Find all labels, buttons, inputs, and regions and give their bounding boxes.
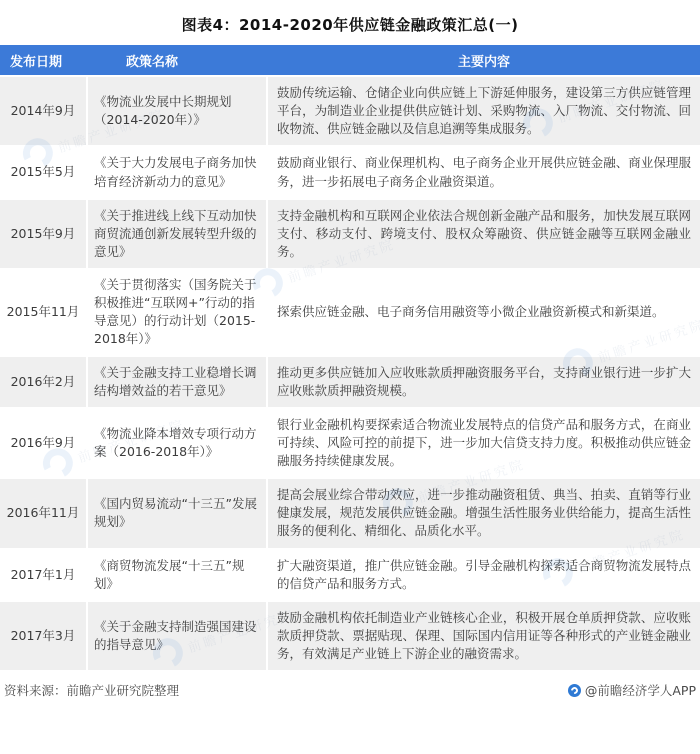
cell-policy-name: 《国内贸易流动“十三五”发展规划》 <box>88 479 268 549</box>
cell-main-content: 鼓励传统运输、仓储企业向供应链上下游延伸服务，建设第三方供应链管理平台，为制造业… <box>268 77 700 147</box>
cell-policy-name: 《商贸物流发展“十三五”规划》 <box>88 550 268 602</box>
credit-text: @前瞻经济学人APP <box>585 681 696 699</box>
header-row: 发布日期 政策名称 主要内容 <box>0 45 700 77</box>
table-row: 2015年11月《关于贯彻落实（国务院关于积极推进“互联网+”行动的指导意见）的… <box>0 270 700 357</box>
header-main-content: 主要内容 <box>268 45 700 77</box>
cell-publish-date: 2016年11月 <box>0 479 88 549</box>
cell-main-content: 鼓励商业银行、商业保理机构、电子商务企业开展供应链金融、商业保理服务，进一步拓展… <box>268 147 700 199</box>
table-row: 2016年2月《关于金融支持工业稳增长调结构增效益的若干意见》推动更多供应链加入… <box>0 357 700 409</box>
footer: 资料来源：前瞻产业研究院整理 @前瞻经济学人APP <box>0 672 700 699</box>
table-row: 2015年9月《关于推进线上线下互动加快商贸流通创新发展转型升级的意见》支持金融… <box>0 200 700 270</box>
table-row: 2014年9月《物流业发展中长期规划（2014-2020年）》鼓励传统运输、仓储… <box>0 77 700 147</box>
cell-publish-date: 2015年11月 <box>0 270 88 357</box>
cell-policy-name: 《物流业降本增效专项行动方案（2016-2018年）》 <box>88 409 268 479</box>
cell-policy-name: 《关于大力发展电子商务加快培育经济新动力的意见》 <box>88 147 268 199</box>
cell-main-content: 银行业金融机构要探索适合物流业发展特点的信贷产品和服务方式，在商业可持续、风险可… <box>268 409 700 479</box>
qianzhan-logo-icon <box>568 684 581 697</box>
cell-main-content: 推动更多供应链加入应收账款质押融资服务平台，支持商业银行进一步扩大应收账款质押融… <box>268 357 700 409</box>
cell-publish-date: 2015年5月 <box>0 147 88 199</box>
cell-main-content: 鼓励金融机构依托制造业产业链核心企业，积极开展仓单质押贷款、应收账款质押贷款、票… <box>268 602 700 672</box>
cell-publish-date: 2016年2月 <box>0 357 88 409</box>
cell-main-content: 提高会展业综合带动效应，进一步推动融资租赁、典当、拍卖、直销等行业健康发展，规范… <box>268 479 700 549</box>
cell-main-content: 探索供应链金融、电子商务信用融资等小微企业融资新模式和新渠道。 <box>268 270 700 357</box>
cell-policy-name: 《关于金融支持制造强国建设的指导意见》 <box>88 602 268 672</box>
header-policy-name: 政策名称 <box>88 45 268 77</box>
cell-main-content: 扩大融资渠道，推广供应链金融。引导金融机构探索适合商贸物流发展特点的信贷产品和服… <box>268 550 700 602</box>
cell-policy-name: 《关于金融支持工业稳增长调结构增效益的若干意见》 <box>88 357 268 409</box>
cell-publish-date: 2017年3月 <box>0 602 88 672</box>
table-row: 2015年5月《关于大力发展电子商务加快培育经济新动力的意见》鼓励商业银行、商业… <box>0 147 700 199</box>
table-row: 2017年3月《关于金融支持制造强国建设的指导意见》鼓励金融机构依托制造业产业链… <box>0 602 700 672</box>
cell-policy-name: 《物流业发展中长期规划（2014-2020年）》 <box>88 77 268 147</box>
cell-policy-name: 《关于贯彻落实（国务院关于积极推进“互联网+”行动的指导意见）的行动计划（201… <box>88 270 268 357</box>
credit-badge: @前瞻经济学人APP <box>568 681 696 699</box>
table-row: 2016年9月《物流业降本增效专项行动方案（2016-2018年）》银行业金融机… <box>0 409 700 479</box>
cell-main-content: 支持金融机构和互联网企业依法合规创新金融产品和服务，加快发展互联网支付、移动支付… <box>268 200 700 270</box>
policy-table: 发布日期 政策名称 主要内容 2014年9月《物流业发展中长期规划（2014-2… <box>0 45 700 672</box>
table-row: 2016年11月《国内贸易流动“十三五”发展规划》提高会展业综合带动效应，进一步… <box>0 479 700 549</box>
header-publish-date: 发布日期 <box>0 45 88 77</box>
table-row: 2017年1月《商贸物流发展“十三五”规划》扩大融资渠道，推广供应链金融。引导金… <box>0 550 700 602</box>
page-title: 图表4：2014-2020年供应链金融政策汇总(一) <box>0 0 700 45</box>
cell-publish-date: 2014年9月 <box>0 77 88 147</box>
source-note: 资料来源：前瞻产业研究院整理 <box>4 681 179 699</box>
cell-policy-name: 《关于推进线上线下互动加快商贸流通创新发展转型升级的意见》 <box>88 200 268 270</box>
cell-publish-date: 2016年9月 <box>0 409 88 479</box>
cell-publish-date: 2015年9月 <box>0 200 88 270</box>
figure-page: 图表4：2014-2020年供应链金融政策汇总(一) 发布日期 政策名称 主要内… <box>0 0 700 754</box>
cell-publish-date: 2017年1月 <box>0 550 88 602</box>
